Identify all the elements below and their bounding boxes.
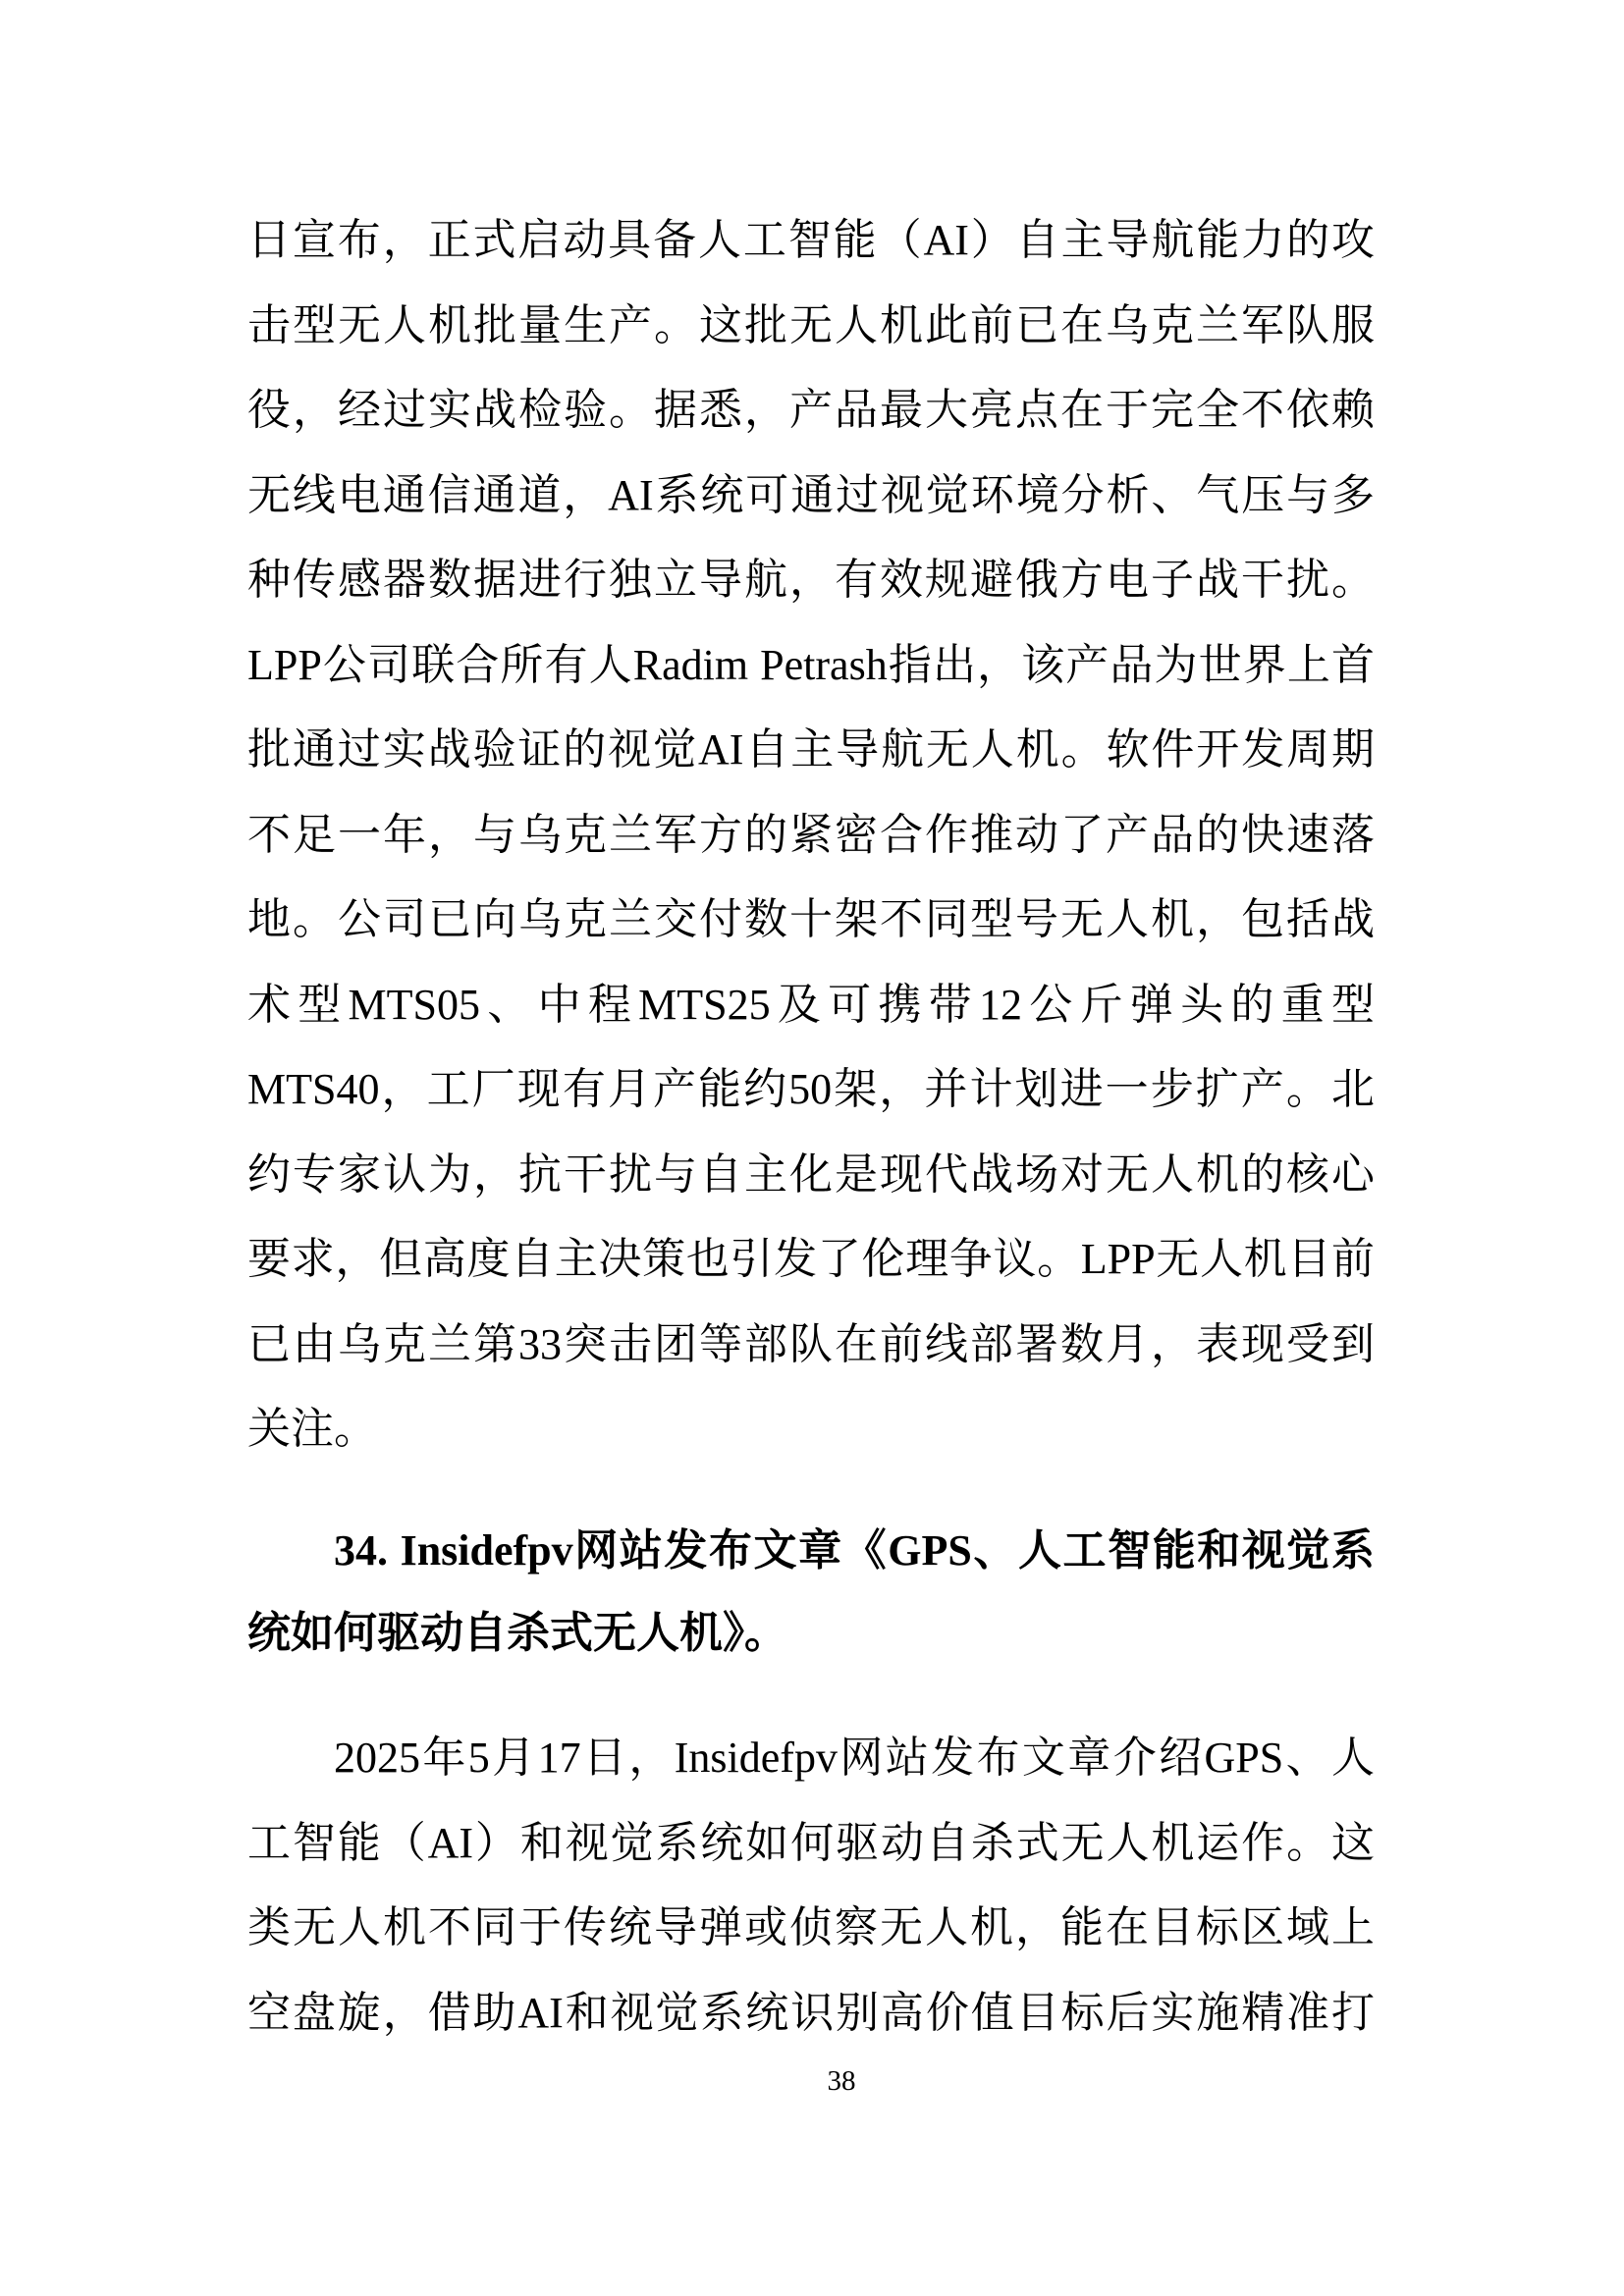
paragraph-line: 已由乌克兰第33突击团等部队在前线部署数月，表现受到	[247, 1303, 1375, 1388]
paragraph-line-last: 关注。	[247, 1387, 1375, 1472]
paragraph-line: 空盘旋，借助AI和视觉系统识别高价值目标后实施精准打	[247, 1971, 1375, 2056]
paragraph-line: 类无人机不同于传统导弹或侦察无人机，能在目标区域上	[247, 1886, 1375, 1971]
paragraph-line: 术型MTS05、中程MTS25及可携带12公斤弹头的重型	[247, 963, 1375, 1048]
paragraph-line: 批通过实战验证的视觉AI自主导航无人机。软件开发周期	[247, 708, 1375, 793]
document-page: 日宣布，正式启动具备人工智能（AI）自主导航能力的攻 击型无人机批量生产。这批无…	[0, 0, 1624, 2296]
heading-line: 34. Insidefpv网站发布文章《GPS、人工智能和视觉系	[247, 1510, 1375, 1592]
paragraph-line: 击型无人机批量生产。这批无人机此前已在乌克兰军队服	[247, 284, 1375, 369]
paragraph-line: 工智能（AI）和视觉系统如何驱动自杀式无人机运作。这	[247, 1801, 1375, 1887]
paragraph-line: 无线电通信通道，AI系统可通过视觉环境分析、气压与多	[247, 454, 1375, 539]
paragraph-line: 2025年5月17日，Insidefpv网站发布文章介绍GPS、人	[247, 1716, 1375, 1801]
body-paragraph-continued: 日宣布，正式启动具备人工智能（AI）自主导航能力的攻 击型无人机批量生产。这批无…	[247, 198, 1375, 1472]
heading-line-last: 统如何驱动自杀式无人机》。	[247, 1592, 1375, 1675]
paragraph-line: 日宣布，正式启动具备人工智能（AI）自主导航能力的攻	[247, 198, 1375, 284]
paragraph-line: 役，经过实战检验。据悉，产品最大亮点在于完全不依赖	[247, 368, 1375, 454]
paragraph-line: 种传感器数据进行独立导航，有效规避俄方电子战干扰。	[247, 538, 1375, 623]
paragraph-line: 不足一年，与乌克兰军方的紧密合作推动了产品的快速落	[247, 793, 1375, 879]
body-paragraph-new: 2025年5月17日，Insidefpv网站发布文章介绍GPS、人 工智能（AI…	[247, 1716, 1375, 2056]
paragraph-line: 约专家认为，抗干扰与自主化是现代战场对无人机的核心	[247, 1133, 1375, 1218]
paragraph-line: LPP公司联合所有人Radim Petrash指出，该产品为世界上首	[247, 623, 1375, 709]
paragraph-line: 地。公司已向乌克兰交付数十架不同型号无人机，包括战	[247, 878, 1375, 963]
page-number: 38	[0, 2061, 1624, 2101]
section-heading: 34. Insidefpv网站发布文章《GPS、人工智能和视觉系 统如何驱动自杀…	[247, 1510, 1375, 1675]
paragraph-line: 要求，但高度自主决策也引发了伦理争议。LPP无人机目前	[247, 1217, 1375, 1303]
paragraph-line: MTS40，工厂现有月产能约50架，并计划进一步扩产。北	[247, 1047, 1375, 1133]
